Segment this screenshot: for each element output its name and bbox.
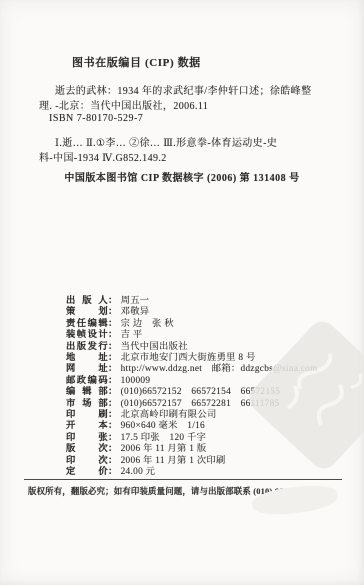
info-row: 编辑部：(010)66572152 66572154 66572155 xyxy=(66,387,318,398)
row-colon: ： xyxy=(108,399,118,409)
row-colon: ： xyxy=(108,410,118,420)
colophon-list: 出版人：周五一 策划：邓敬异 责任编辑：宗 边 张 秋 装帧设计：吉 平 出版发… xyxy=(66,296,318,479)
info-row: 版次：2006 年 11 月第 1 版 xyxy=(66,444,318,455)
row-colon: ： xyxy=(108,330,118,340)
info-row: 邮政编码：100009 xyxy=(66,376,318,387)
row-label: 定价 xyxy=(66,467,108,478)
row-colon: ： xyxy=(108,296,118,306)
row-value: 北京高岭印刷有限公司 xyxy=(121,410,217,420)
row-colon: ： xyxy=(108,307,118,317)
isbn-number: ISBN 7-80170-529-7 xyxy=(49,113,143,124)
info-row: 责任编辑：宗 边 张 秋 xyxy=(66,319,318,330)
info-row: 印张：17.5 印张 120 千字 xyxy=(66,433,318,444)
row-colon: ： xyxy=(108,342,118,352)
row-colon: ： xyxy=(108,421,118,431)
row-colon: ： xyxy=(108,456,118,466)
info-row: 定价：24.00 元 xyxy=(66,467,318,478)
info-row: 地址：北京市地安门西大街旌勇里 8 号 xyxy=(66,353,318,364)
copyright-notice: 版权所有，翻版必究；如有印装质量问题，请与出版部联系 (010) 6657215… xyxy=(28,485,310,497)
row-colon: ： xyxy=(108,433,118,443)
row-label: 市场部 xyxy=(66,399,108,410)
info-row: 策划：邓敬异 xyxy=(66,307,318,318)
row-colon: ： xyxy=(108,319,118,329)
row-value: 24.00 元 xyxy=(121,467,156,477)
row-value: 960×640 毫米 1/16 xyxy=(121,421,205,431)
cip-record-number: 中国版本图书馆 CIP 数据核字 (2006) 第 131408 号 xyxy=(0,169,364,184)
row-label: 版次 xyxy=(66,444,108,455)
row-label: 印张 xyxy=(66,433,108,444)
cip-class-line-2: 料-中国-1934 Ⅳ.G852.149.2 xyxy=(39,149,167,164)
row-value: (010)66572152 66572154 66572155 xyxy=(121,387,281,397)
info-row: 网址：http://www.ddzg.net 邮箱：ddzgcbs@sina.c… xyxy=(66,364,318,375)
row-value: 周五一 xyxy=(121,296,150,306)
row-value: http://www.ddzg.net 邮箱：ddzgcbs@sina.com xyxy=(121,364,318,374)
info-row: 装帧设计：吉 平 xyxy=(66,330,318,341)
row-colon: ： xyxy=(108,444,118,454)
row-label: 地址 xyxy=(66,353,108,364)
row-colon: ： xyxy=(108,467,118,477)
row-label: 装帧设计 xyxy=(66,330,108,341)
row-label: 印次 xyxy=(66,456,108,467)
info-row: 市场部：(010)66572157 66572281 66111785 xyxy=(66,399,318,410)
row-value: 当代中国出版社 xyxy=(121,342,188,352)
cip-entry-line-2: 理. -北京：当代中国出版社，2006.11 xyxy=(39,97,208,112)
row-value: 17.5 印张 120 千字 xyxy=(121,433,207,443)
row-label: 出版人 xyxy=(66,296,108,307)
row-label: 策划 xyxy=(66,307,108,318)
row-label: 印刷 xyxy=(66,410,108,421)
info-row: 开本：960×640 毫米 1/16 xyxy=(66,421,318,432)
row-colon: ： xyxy=(108,353,118,363)
row-value: 2006 年 11 月第 1 次印刷 xyxy=(121,456,226,466)
cip-class-line-1: Ⅰ.逝… Ⅱ.①李… ②徐… Ⅲ.形意拳-体育运动史-史 xyxy=(55,134,277,149)
row-value: 100009 xyxy=(121,376,151,386)
row-colon: ： xyxy=(108,376,118,386)
info-row: 出版发行：当代中国出版社 xyxy=(66,342,318,353)
copyright-page: 图书在版编目 (CIP) 数据 逝去的武林：1934 年的求武纪事/李仲轩口述；… xyxy=(0,0,364,585)
row-value: 2006 年 11 月第 1 版 xyxy=(121,444,207,454)
row-value: 邓敬异 xyxy=(121,307,150,317)
row-label: 出版发行 xyxy=(66,342,108,353)
row-label: 开本 xyxy=(66,421,108,432)
row-value: 吉 平 xyxy=(121,330,143,340)
info-row: 印次：2006 年 11 月第 1 次印刷 xyxy=(66,456,318,467)
info-row: 印刷：北京高岭印刷有限公司 xyxy=(66,410,318,421)
row-colon: ： xyxy=(108,387,118,397)
info-row: 出版人：周五一 xyxy=(66,296,318,307)
row-colon: ： xyxy=(108,364,118,374)
cip-heading: 图书在版编目 (CIP) 数据 xyxy=(72,54,201,70)
row-label: 网址 xyxy=(66,364,108,375)
row-label: 编辑部 xyxy=(66,387,108,398)
row-label: 邮政编码 xyxy=(66,376,108,387)
row-value: 宗 边 张 秋 xyxy=(121,319,174,329)
row-value: 北京市地安门西大街旌勇里 8 号 xyxy=(121,353,256,363)
row-label: 责任编辑 xyxy=(66,319,108,330)
divider-rule xyxy=(24,479,342,480)
cip-entry-line-1: 逝去的武林：1934 年的求武纪事/李仲轩口述；徐皓峰整 xyxy=(55,82,311,97)
row-value: (010)66572157 66572281 66111785 xyxy=(121,399,280,409)
